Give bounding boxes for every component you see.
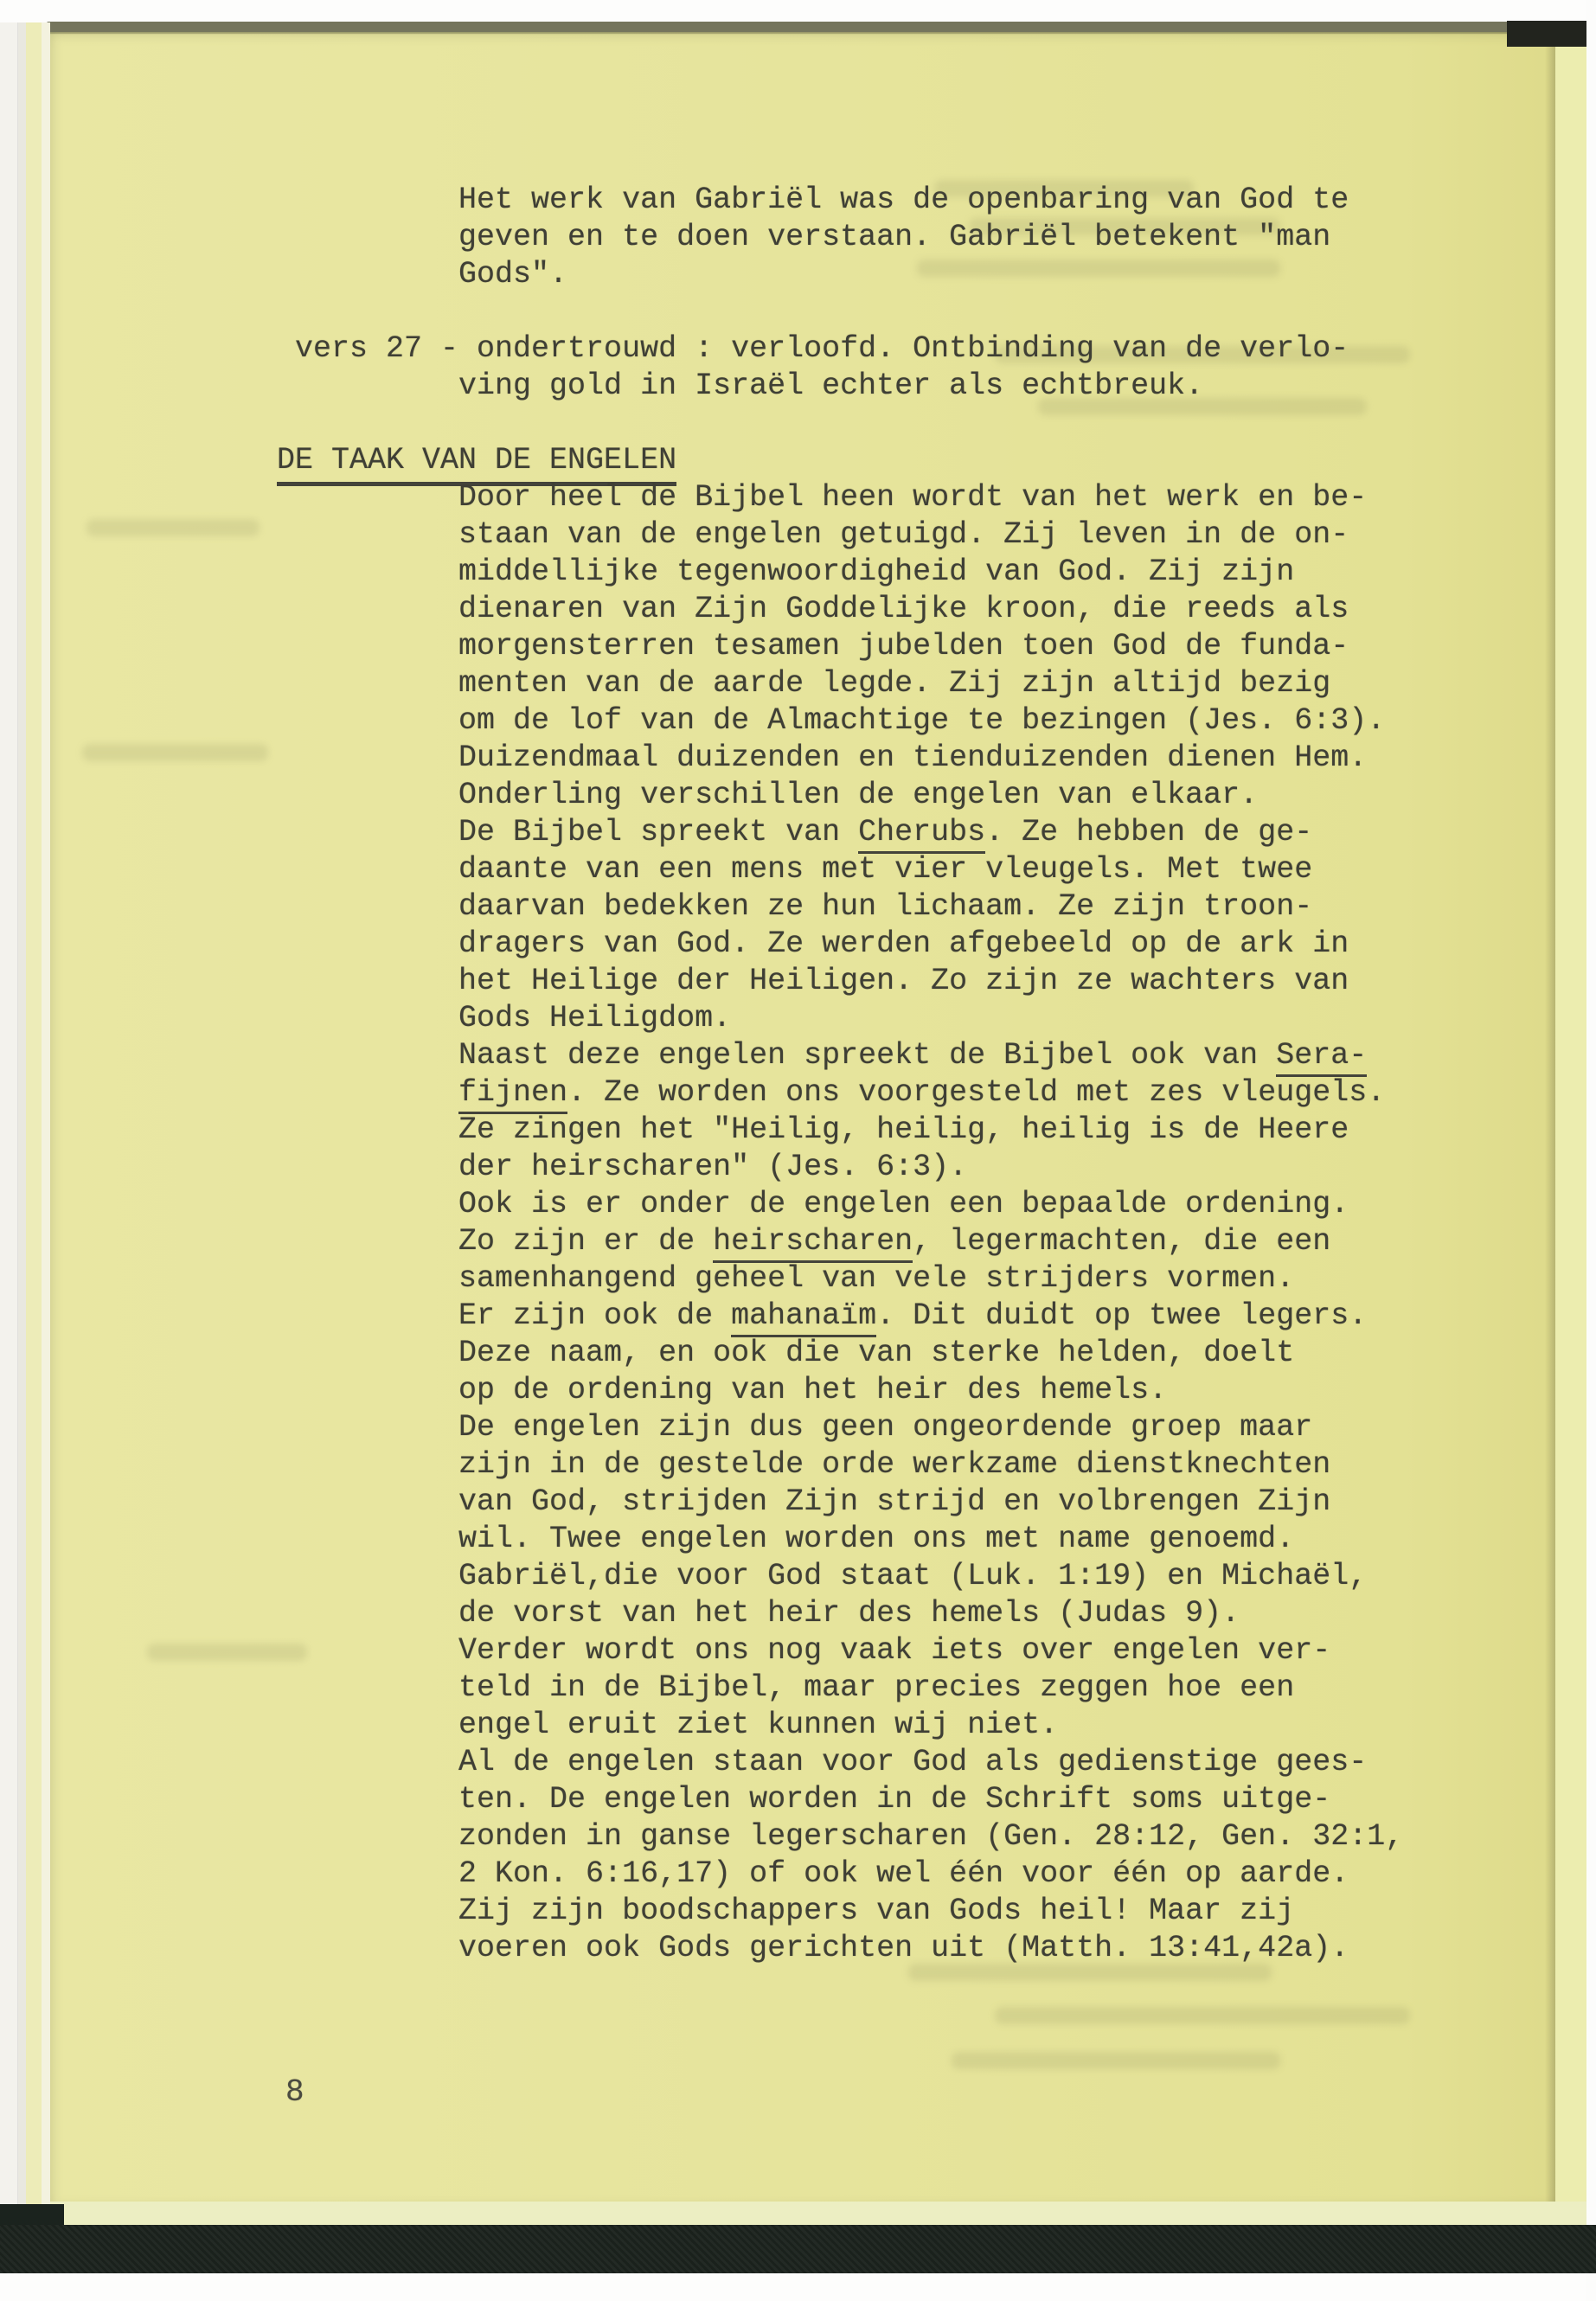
text-line: zijn in de gestelde orde werkzame dienst…: [277, 1446, 1403, 1484]
top-right-dark-corner: [1507, 21, 1586, 47]
text-segment: Verder wordt ons nog vaak iets over enge…: [277, 1633, 1330, 1668]
text-line: menten van de aarde legde. Zij zijn alti…: [277, 665, 1403, 702]
text-line: Gods".: [277, 256, 1403, 293]
left-page-edge-strip: [42, 22, 50, 2225]
text-line: dragers van God. Ze werden afgebeeld op …: [277, 926, 1403, 963]
text-line: op de ordening van het heir des hemels.: [277, 1372, 1403, 1409]
text-segment: morgensterren tesamen jubelden toen God …: [277, 629, 1349, 663]
text-line: Onderling verschillen de engelen van elk…: [277, 777, 1403, 814]
text-line: teld in de Bijbel, maar precies zeggen h…: [277, 1670, 1403, 1707]
text-segment: Onderling verschillen de engelen van elk…: [277, 778, 1258, 812]
text-line: fijnen. Ze worden ons voorgesteld met ze…: [277, 1074, 1403, 1112]
text-line: om de lof van de Almachtige te bezingen …: [277, 702, 1403, 740]
text-line: engel eruit ziet kunnen wij niet.: [277, 1707, 1403, 1744]
text-line: Zo zijn er de heirscharen, legermachten,…: [277, 1223, 1403, 1260]
section-heading: DE TAAK VAN DE ENGELEN: [277, 442, 1403, 479]
text-line: Gods Heiligdom.: [277, 1000, 1403, 1037]
text-segment: . Ze worden ons voorgesteld met zes vleu…: [567, 1075, 1385, 1110]
right-page-edge-strip: [1555, 47, 1586, 2209]
text-segment: middellijke tegenwoordigheid van God. Zi…: [277, 554, 1294, 589]
text-line: Ook is er onder de engelen een bepaalde …: [277, 1186, 1403, 1223]
page-top-edge-shadow: [47, 22, 1554, 32]
text-segment: zijn in de gestelde orde werkzame dienst…: [277, 1447, 1330, 1482]
text-line: geven en te doen verstaan. Gabriël betek…: [277, 219, 1403, 256]
text-segment: De engelen zijn dus geen ongeordende gro…: [277, 1410, 1312, 1445]
text-segment: . Dit duidt op twee legers.: [876, 1298, 1367, 1333]
book-cover-band: [0, 2225, 1596, 2273]
text-segment: menten van de aarde legde. Zij zijn alti…: [277, 666, 1330, 701]
text-segment: van God, strijden Zijn strijd en volbren…: [277, 1484, 1330, 1519]
text-segment: Deze naam, en ook die van sterke helden,…: [277, 1336, 1294, 1370]
text-line: Duizendmaal duizenden en tienduizenden d…: [277, 740, 1403, 777]
bleedthrough-smudge: [82, 744, 268, 761]
text-segment: Het werk van Gabriël was de openbaring v…: [277, 183, 1349, 217]
text-line: vers 27 - ondertrouwd : verloofd. Ontbin…: [277, 330, 1403, 368]
page-bottom-edge: [50, 2202, 1586, 2225]
text-line: Al de engelen staan voor God als gediens…: [277, 1744, 1403, 1781]
text-segment: om de lof van de Almachtige te bezingen …: [277, 703, 1385, 738]
text-line: Deze naam, en ook die van sterke helden,…: [277, 1335, 1403, 1372]
text-segment: Ook is er onder de engelen een bepaalde …: [277, 1187, 1349, 1221]
text-segment: Duizendmaal duizenden en tienduizenden d…: [277, 740, 1367, 775]
bleedthrough-smudge: [952, 2052, 1280, 2069]
text-line: van God, strijden Zijn strijd en volbren…: [277, 1484, 1403, 1521]
underlined-word: fijnen: [458, 1075, 567, 1114]
scanned-book-photo: Het werk van Gabriël was de openbaring v…: [0, 0, 1596, 2301]
text-segment: wil. Twee engelen worden ons met name ge…: [277, 1522, 1294, 1556]
text-segment: Door heel de Bijbel heen wordt van het w…: [277, 480, 1367, 515]
text-segment: dragers van God. Ze werden afgebeeld op …: [277, 926, 1349, 961]
text-line: daante van een mens met vier vleugels. M…: [277, 851, 1403, 888]
text-line: Verder wordt ons nog vaak iets over enge…: [277, 1632, 1403, 1670]
text-segment: voeren ook Gods gerichten uit (Matth. 13…: [277, 1931, 1349, 1965]
text-line: samenhangend geheel van vele strijders v…: [277, 1260, 1403, 1298]
text-line: staan van de engelen getuigd. Zij leven …: [277, 516, 1403, 554]
text-line: De Bijbel spreekt van Cherubs. Ze hebben…: [277, 814, 1403, 851]
text-segment: ten. De engelen worden in de Schrift som…: [277, 1782, 1330, 1817]
text-segment: op de ordening van het heir des hemels.: [277, 1373, 1167, 1407]
text-line: het Heilige der Heiligen. Zo zijn ze wac…: [277, 963, 1403, 1000]
text-line: voeren ook Gods gerichten uit (Matth. 13…: [277, 1930, 1403, 1967]
text-line: der heirscharen" (Jes. 6:3).: [277, 1149, 1403, 1186]
text-segment: De Bijbel spreekt van: [277, 815, 858, 849]
text-segment: de vorst van het heir des hemels (Judas …: [277, 1596, 1240, 1631]
text-line: morgensterren tesamen jubelden toen God …: [277, 628, 1403, 665]
text-segment: Gods".: [277, 257, 567, 292]
text-segment: Zij zijn boodschappers van Gods heil! Ma…: [277, 1894, 1294, 1928]
text-line: dienaren van Zijn Goddelijke kroon, die …: [277, 591, 1403, 628]
text-segment: teld in de Bijbel, maar precies zeggen h…: [277, 1670, 1294, 1705]
text-segment: dienaren van Zijn Goddelijke kroon, die …: [277, 592, 1349, 626]
underlined-word: Cherubs: [858, 815, 985, 854]
text-segment: Er zijn ook de: [277, 1298, 731, 1333]
text-segment: het Heilige der Heiligen. Zo zijn ze wac…: [277, 964, 1349, 998]
text-segment: Gods Heiligdom.: [277, 1001, 731, 1035]
bleedthrough-smudge: [87, 519, 260, 536]
text-line: de vorst van het heir des hemels (Judas …: [277, 1595, 1403, 1632]
text-segment: zonden in ganse legerscharen (Gen. 28:12…: [277, 1819, 1403, 1854]
text-segment: Zo zijn er de: [277, 1224, 713, 1259]
text-segment: ving gold in Israël echter als echtbreuk…: [277, 369, 1203, 403]
background-right: [1586, 0, 1596, 2301]
bleedthrough-smudge: [995, 2007, 1410, 2024]
text-segment: Ze zingen het "Heilig, heilig, heilig is…: [277, 1112, 1349, 1147]
text-line: [277, 293, 1403, 330]
text-segment: daante van een mens met vier vleugels. M…: [277, 852, 1312, 887]
text-segment: der heirscharen" (Jes. 6:3).: [277, 1150, 967, 1184]
text-line: De engelen zijn dus geen ongeordende gro…: [277, 1409, 1403, 1446]
page-number: 8: [285, 2074, 304, 2110]
text-segment: Gabriël,die voor God staat (Luk. 1:19) e…: [277, 1559, 1367, 1593]
underlined-word: Sera-: [1276, 1038, 1367, 1077]
text-segment: samenhangend geheel van vele strijders v…: [277, 1261, 1294, 1296]
right-page-curl-shadow: [1545, 47, 1555, 2209]
text-line: wil. Twee engelen worden ons met name ge…: [277, 1521, 1403, 1558]
text-line: Het werk van Gabriël was de openbaring v…: [277, 182, 1403, 219]
text-segment: daarvan bedekken ze hun lichaam. Ze zijn…: [277, 889, 1312, 924]
left-page-edge-strip: [26, 22, 42, 2225]
text-line: Gabriël,die voor God staat (Luk. 1:19) e…: [277, 1558, 1403, 1595]
text-segment: geven en te doen verstaan. Gabriël betek…: [277, 220, 1330, 254]
text-line: middellijke tegenwoordigheid van God. Zi…: [277, 554, 1403, 591]
underlined-word: heirscharen: [713, 1224, 913, 1263]
left-page-edge-strip: [0, 22, 18, 2225]
text-line: Zij zijn boodschappers van Gods heil! Ma…: [277, 1893, 1403, 1930]
text-line: ving gold in Israël echter als echtbreuk…: [277, 368, 1403, 405]
text-segment: engel eruit ziet kunnen wij niet.: [277, 1708, 1058, 1742]
text-line: Er zijn ook de mahanaïm. Dit duidt op tw…: [277, 1298, 1403, 1335]
text-segment: , legermachten, die een: [913, 1224, 1330, 1259]
text-line: Naast deze engelen spreekt de Bijbel ook…: [277, 1037, 1403, 1074]
text-segment: staan van de engelen getuigd. Zij leven …: [277, 517, 1349, 552]
text-line: zonden in ganse legerscharen (Gen. 28:12…: [277, 1818, 1403, 1856]
text-segment: vers 27 - ondertrouwd : verloofd. Ontbin…: [277, 331, 1349, 366]
underlined-word: mahanaïm: [731, 1298, 876, 1337]
typewritten-text: Het werk van Gabriël was de openbaring v…: [277, 182, 1403, 1967]
text-line: ten. De engelen worden in de Schrift som…: [277, 1781, 1403, 1818]
text-line: [277, 405, 1403, 442]
text-line: Ze zingen het "Heilig, heilig, heilig is…: [277, 1112, 1403, 1149]
text-line: 2 Kon. 6:16,17) of ook wel één voor één …: [277, 1856, 1403, 1893]
text-segment: 2 Kon. 6:16,17) of ook wel één voor één …: [277, 1856, 1349, 1891]
text-line: Door heel de Bijbel heen wordt van het w…: [277, 479, 1403, 516]
text-segment: Al de engelen staan voor God als gediens…: [277, 1745, 1367, 1779]
text-segment: . Ze hebben de ge-: [985, 815, 1312, 849]
text-line: daarvan bedekken ze hun lichaam. Ze zijn…: [277, 888, 1403, 926]
text-segment: [277, 1075, 458, 1110]
text-segment: Naast deze engelen spreekt de Bijbel ook…: [277, 1038, 1276, 1073]
